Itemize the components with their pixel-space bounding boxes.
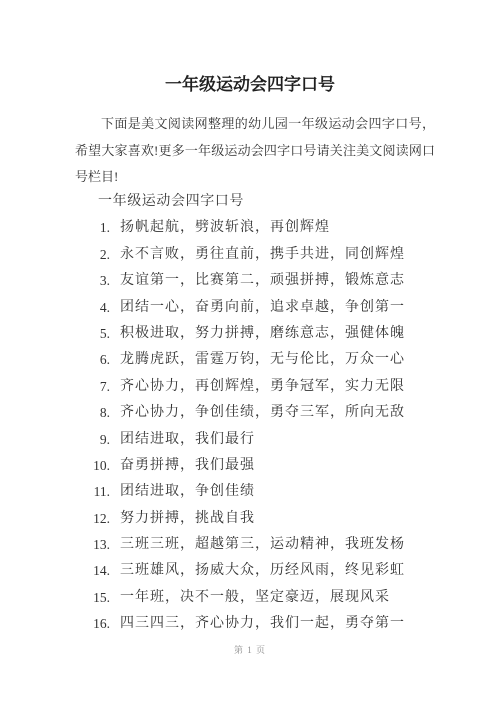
slogan-number: 13. bbox=[84, 532, 110, 558]
slogan-number: 2. bbox=[84, 242, 110, 268]
intro-paragraph: 下面是美文阅读网整理的幼儿园一年级运动会四字口号，希望大家喜欢!更多一年级运动会… bbox=[75, 111, 435, 191]
slogan-item: 2.永不言败，勇往直前，携手共进，同创辉煌 bbox=[0, 242, 500, 268]
slogan-item: 10.奋勇拼搏，我们最强 bbox=[0, 453, 500, 479]
slogan-item: 15.一年班，决不一般，坚定豪迈，展现风采 bbox=[0, 585, 500, 611]
slogan-text: 努力拼搏，挑战自我 bbox=[120, 506, 255, 532]
slogan-number: 8. bbox=[84, 400, 110, 426]
slogan-text: 积极进取，努力拼搏，磨练意志，强健体魄 bbox=[120, 321, 405, 347]
slogan-number: 9. bbox=[84, 427, 110, 453]
slogan-item: 14.三班雄风，扬威大众，历经风雨，终见彩虹 bbox=[0, 558, 500, 584]
slogan-item: 13.三班三班，超越第三，运动精神，我班发杨 bbox=[0, 532, 500, 558]
slogan-number: 11. bbox=[84, 479, 110, 505]
slogan-number: 5. bbox=[84, 321, 110, 347]
slogan-number: 1. bbox=[84, 215, 110, 241]
slogan-number: 7. bbox=[84, 374, 110, 400]
slogan-item: 3.友谊第一，比赛第二，顽强拼搏，锻炼意志 bbox=[0, 268, 500, 294]
slogan-text: 三班雄风，扬威大众，历经风雨，终见彩虹 bbox=[120, 558, 405, 584]
document-page: 一年级运动会四字口号 下面是美文阅读网整理的幼儿园一年级运动会四字口号，希望大家… bbox=[0, 0, 500, 708]
slogan-text: 永不言败，勇往直前，携手共进，同创辉煌 bbox=[120, 242, 405, 268]
slogan-item: 8.齐心协力，争创佳绩，勇夺三军，所向无敌 bbox=[0, 400, 500, 426]
page-title: 一年级运动会四字口号 bbox=[0, 74, 500, 96]
slogan-text: 一年班，决不一般，坚定豪迈，展现风采 bbox=[120, 585, 390, 611]
slogan-list: 1.扬帆起航，劈波斩浪，再创辉煌2.永不言败，勇往直前，携手共进，同创辉煌3.友… bbox=[0, 215, 500, 637]
slogan-number: 4. bbox=[84, 295, 110, 321]
slogan-number: 6. bbox=[84, 347, 110, 373]
slogan-section: 一年级运动会四字口号 1.扬帆起航，劈波斩浪，再创辉煌2.永不言败，勇往直前，携… bbox=[0, 189, 500, 638]
slogan-number: 16. bbox=[84, 611, 110, 637]
slogan-number: 3. bbox=[84, 268, 110, 294]
page-footer: 第 1 页 bbox=[0, 644, 500, 656]
slogan-number: 12. bbox=[84, 506, 110, 532]
slogan-number: 15. bbox=[84, 585, 110, 611]
slogan-item: 4.团结一心，奋勇向前，追求卓越，争创第一 bbox=[0, 295, 500, 321]
slogan-item: 9.团结进取，我们最行 bbox=[0, 427, 500, 453]
slogan-text: 齐心协力，再创辉煌，勇争冠军，实力无限 bbox=[120, 374, 405, 400]
slogan-item: 1.扬帆起航，劈波斩浪，再创辉煌 bbox=[0, 215, 500, 241]
slogan-item: 6.龙腾虎跃，雷霆万钧，无与伦比，万众一心 bbox=[0, 347, 500, 373]
page-number: 第 1 页 bbox=[234, 645, 266, 655]
slogan-item: 11.团结进取，争创佳绩 bbox=[0, 479, 500, 505]
slogan-item: 12.努力拼搏，挑战自我 bbox=[0, 506, 500, 532]
slogan-text: 友谊第一，比赛第二，顽强拼搏，锻炼意志 bbox=[120, 268, 405, 294]
slogan-text: 三班三班，超越第三，运动精神，我班发杨 bbox=[120, 532, 405, 558]
slogan-text: 奋勇拼搏，我们最强 bbox=[120, 453, 255, 479]
slogan-text: 龙腾虎跃，雷霆万钧，无与伦比，万众一心 bbox=[120, 347, 405, 373]
slogan-text: 齐心协力，争创佳绩，勇夺三军，所向无敌 bbox=[120, 400, 405, 426]
slogan-item: 16.四三四三，齐心协力，我们一起，勇夺第一 bbox=[0, 611, 500, 637]
slogan-text: 团结进取，争创佳绩 bbox=[120, 479, 255, 505]
slogan-number: 14. bbox=[84, 558, 110, 584]
slogan-text: 团结进取，我们最行 bbox=[120, 427, 255, 453]
slogan-number: 10. bbox=[84, 453, 110, 479]
slogan-text: 四三四三，齐心协力，我们一起，勇夺第一 bbox=[120, 611, 405, 637]
slogan-text: 团结一心，奋勇向前，追求卓越，争创第一 bbox=[120, 295, 405, 321]
slogan-text: 扬帆起航，劈波斩浪，再创辉煌 bbox=[120, 215, 330, 241]
list-heading: 一年级运动会四字口号 bbox=[98, 189, 244, 215]
list-heading-row: 一年级运动会四字口号 bbox=[0, 189, 500, 215]
slogan-item: 5.积极进取，努力拼搏，磨练意志，强健体魄 bbox=[0, 321, 500, 347]
slogan-item: 7.齐心协力，再创辉煌，勇争冠军，实力无限 bbox=[0, 374, 500, 400]
